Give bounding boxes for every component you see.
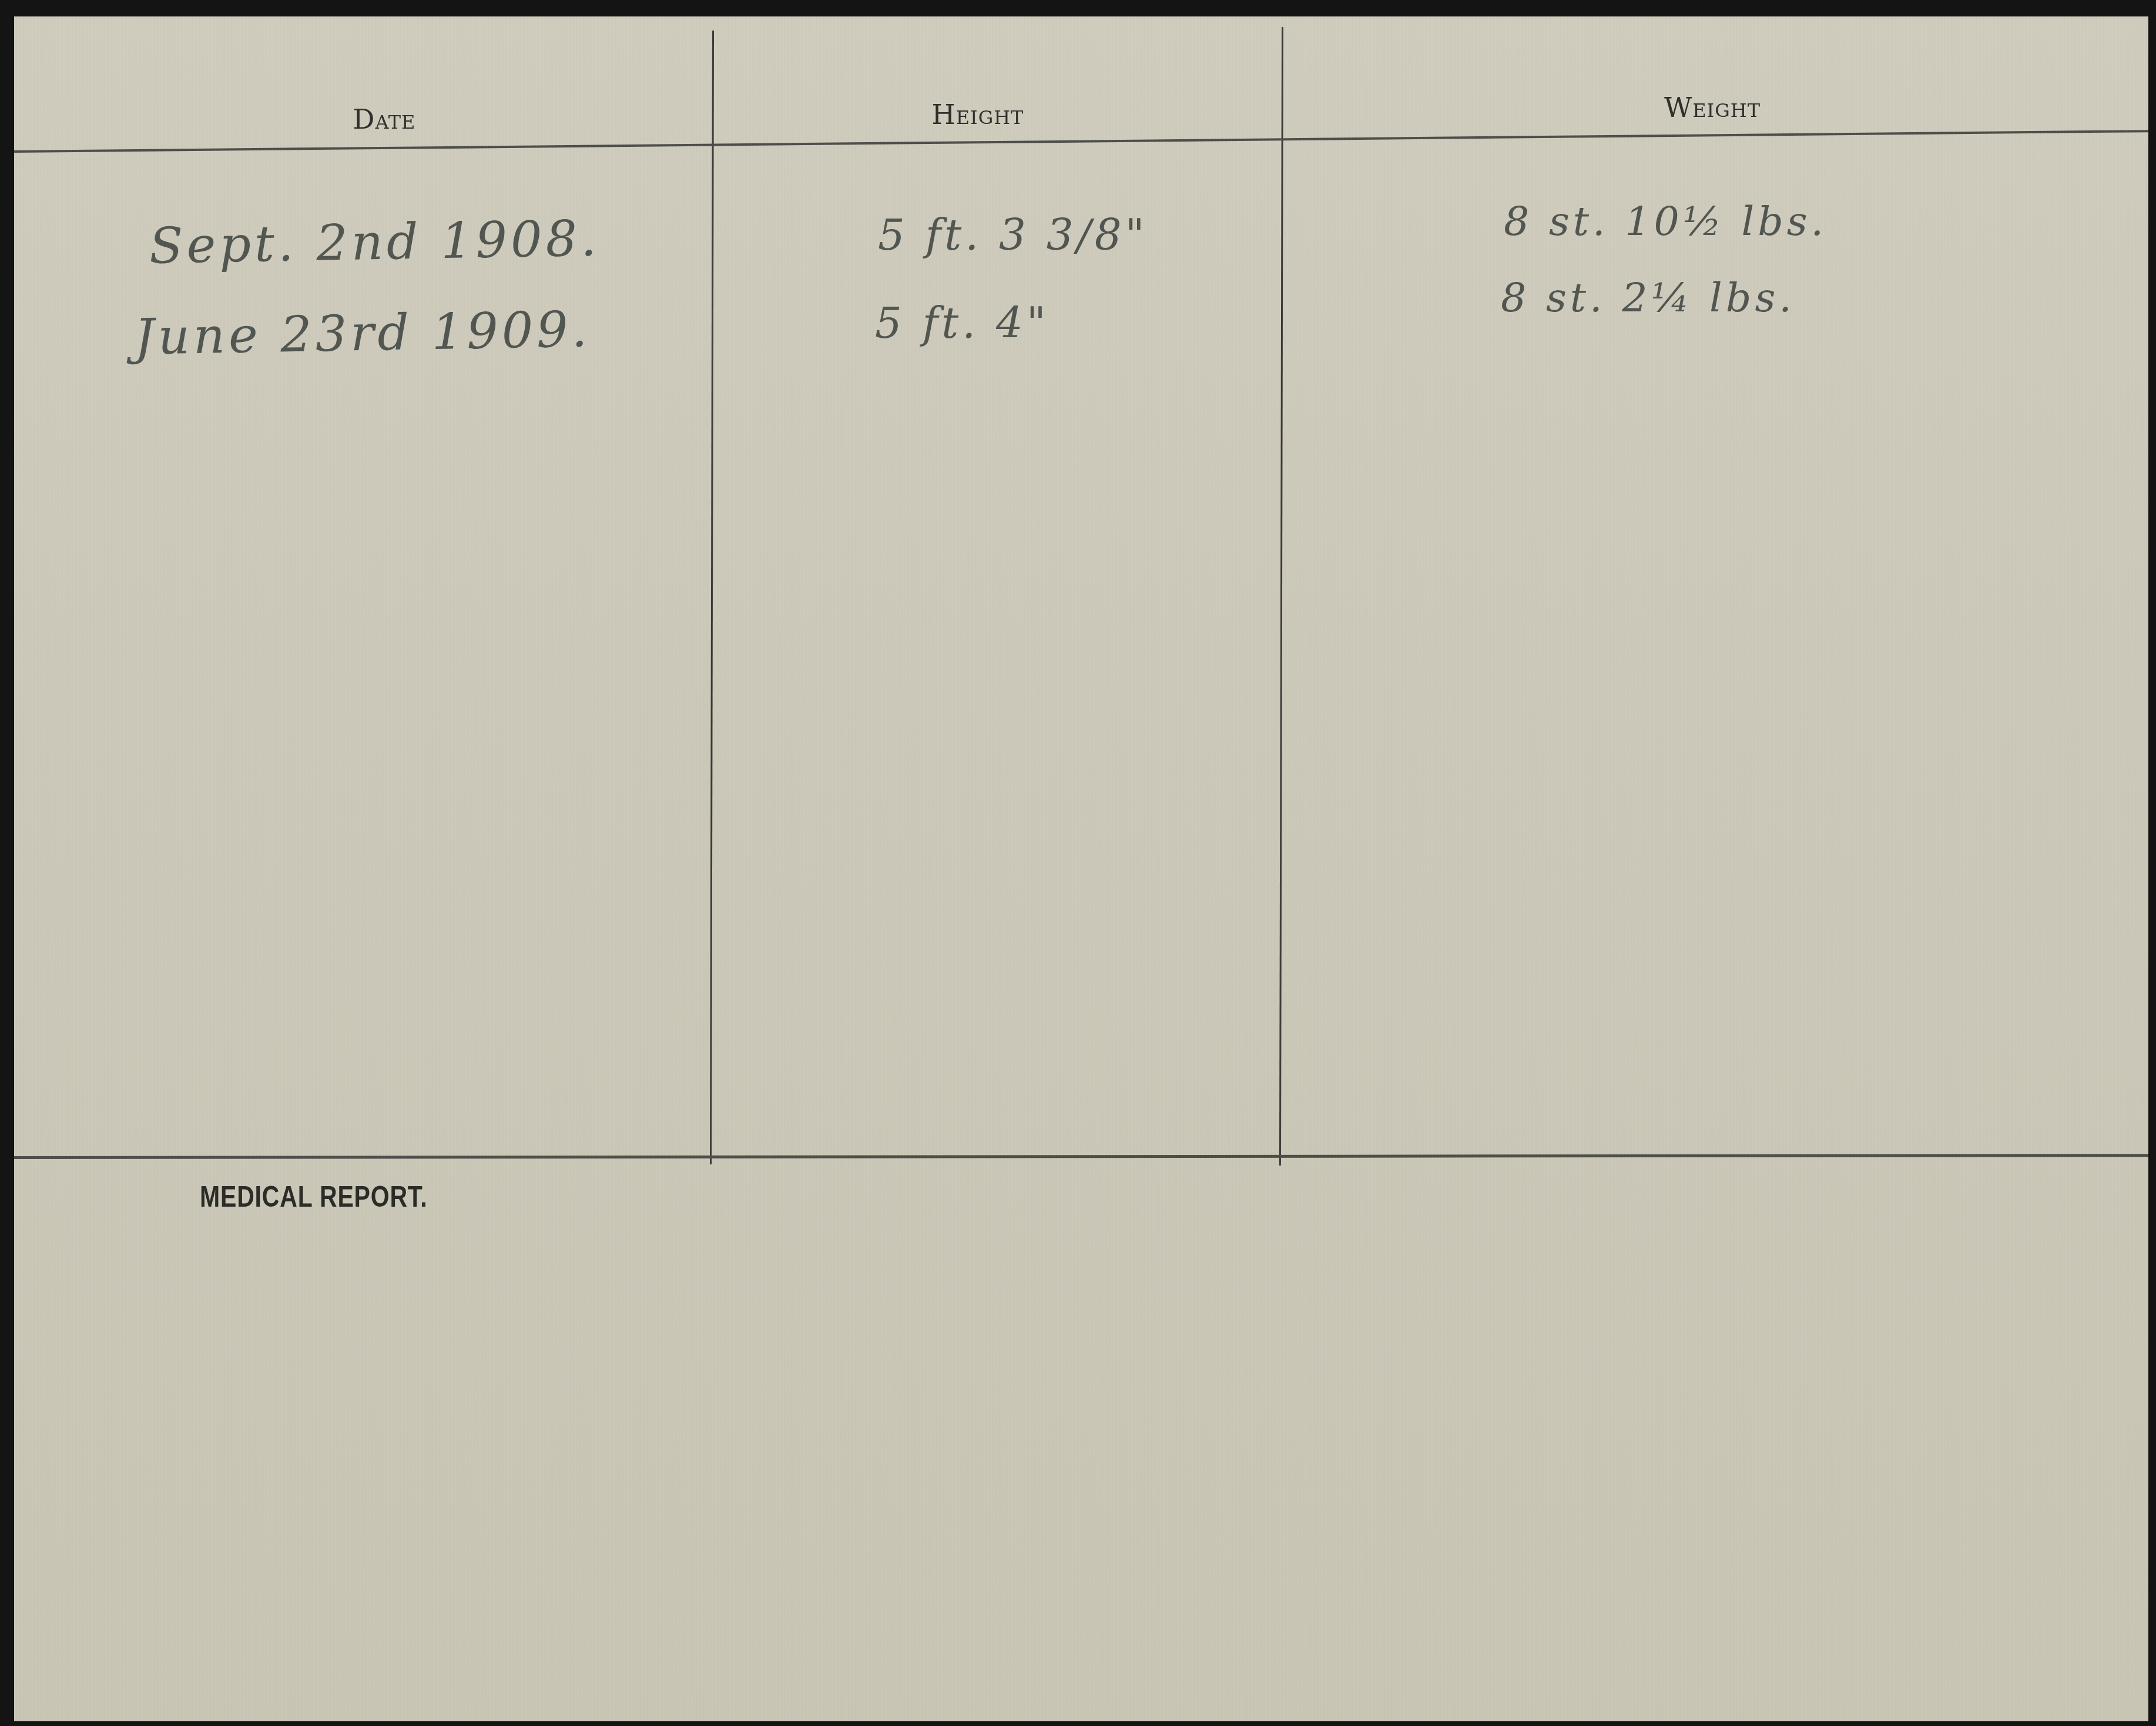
- entry-date-2: June 23rd 1909.: [134, 300, 591, 366]
- entry-weight-1: 8 st. 10½ lbs.: [1504, 199, 1827, 245]
- record-card: Date Height Weight Sept. 2nd 1908. 5 ft.…: [14, 16, 2148, 1721]
- scanned-page: Date Height Weight Sept. 2nd 1908. 5 ft.…: [0, 0, 2156, 1726]
- entry-weight-2: 8 st. 2¼ lbs.: [1501, 275, 1795, 321]
- column-header-height: Height: [872, 99, 1084, 130]
- column-header-weight: Weight: [1601, 92, 1824, 123]
- entry-height-1: 5 ft. 3 3/8": [878, 210, 1148, 260]
- entry-date-1: Sept. 2nd 1908.: [149, 209, 600, 274]
- medical-report-divider: [14, 1154, 2148, 1159]
- column-divider-height-weight: [1279, 27, 1283, 1166]
- medical-report-heading: MEDICAL REPORT.: [200, 1180, 427, 1214]
- column-header-date: Date: [296, 103, 472, 135]
- column-divider-date-height: [710, 31, 714, 1164]
- medical-report-body: [200, 1238, 1963, 1697]
- entry-height-2: 5 ft. 4": [875, 298, 1050, 348]
